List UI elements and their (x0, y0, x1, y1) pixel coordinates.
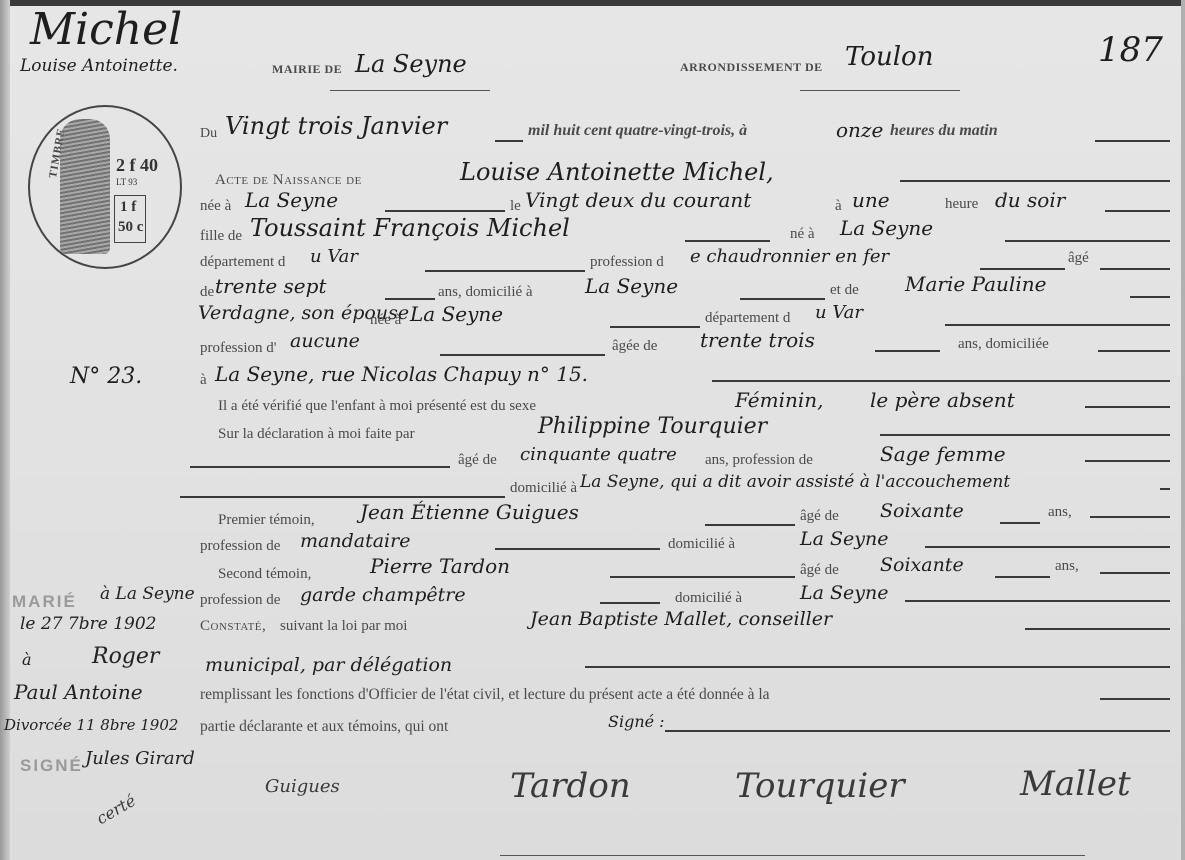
line11-label: Sur la déclaration à moi faite par (218, 426, 415, 443)
line12-fill2 (1085, 460, 1170, 462)
birth-certificate-page: Michel Louise Antoinette. MAIRIE DE La S… (0, 0, 1185, 860)
line7-fill2 (945, 324, 1170, 326)
record-number: N° 23. (70, 364, 142, 389)
line18-label2: suivant la loi par moi (280, 618, 407, 635)
line21-text: partie déclarante et aux témoins, qui on… (200, 718, 448, 736)
signature-tourquier: Tourquier (735, 766, 905, 806)
line15-fill2 (925, 546, 1170, 548)
line9-fill (712, 380, 1170, 382)
line6-fill2 (740, 298, 825, 300)
line16-label1: Second témoin, (218, 566, 311, 583)
line4-father-birthplace: La Seyne (840, 216, 933, 240)
signature-guigues: Guigues (265, 776, 340, 797)
line16-label2: âgé de (800, 562, 839, 579)
stamp-value-bottom-1: 1 f (120, 199, 136, 216)
line14-label1: Premier témoin, (218, 512, 315, 529)
line6-label3: et de (830, 282, 859, 299)
line10-label: Il a été vérifié que l'enfant à moi prés… (218, 398, 536, 415)
line13-label: domicilié à (510, 480, 577, 497)
line15-residence: La Seyne (800, 528, 888, 550)
line4-father: Toussaint François Michel (250, 214, 570, 242)
line8-label1: profession d' (200, 340, 276, 357)
marie-place: à La Seyne (100, 584, 195, 604)
mairie-value: La Seyne (355, 50, 467, 78)
margin-signature: Jules Girard (85, 748, 195, 769)
line4-fill2 (1005, 240, 1170, 242)
line16-fill2 (995, 576, 1050, 578)
line20-text: remplissant les fonctions d'Officier de … (200, 686, 770, 704)
bottom-rule (500, 855, 1085, 856)
line8-label3: ans, domiciliée (958, 336, 1049, 353)
line5-label2: profession d (590, 254, 664, 271)
line2-label: Acte de Naissance de (215, 172, 362, 189)
line14-age: Soixante (880, 500, 964, 522)
line14-fill1 (705, 524, 795, 526)
line8-fill2 (875, 350, 940, 352)
line10-sex: Féminin, (735, 388, 824, 412)
line1-date: Vingt trois Janvier (225, 112, 447, 140)
spouse-surname: Roger (92, 644, 159, 669)
line1-year: mil huit cent quatre-vingt-trois, à (528, 122, 747, 140)
line16-label3: ans, (1055, 558, 1079, 575)
stamp-value-top: 2 f 40 (116, 155, 158, 176)
line12-label1: âgé de (458, 452, 497, 469)
line13-fill1 (180, 496, 505, 498)
line6-fill3 (1130, 296, 1170, 298)
line18-label1: Constaté, (200, 618, 266, 635)
line3-fill1 (385, 210, 505, 212)
line11-fill (880, 434, 1170, 436)
line8-fill1 (440, 354, 605, 356)
line14-fill3 (1090, 516, 1170, 518)
line10-note: le père absent (870, 388, 1015, 412)
arrondissement-value: Toulon (845, 42, 933, 72)
line16-age: Soixante (880, 554, 964, 576)
line14-fill2 (1000, 522, 1040, 524)
line7-label2: département d (705, 310, 790, 327)
line5-label1: département d (200, 254, 285, 271)
line11-declarant: Philippine Tourquier (538, 414, 767, 439)
line8-profession: aucune (290, 330, 360, 352)
line17-profession: garde champêtre (300, 584, 466, 606)
line3-fill2 (1105, 210, 1170, 212)
line16-fill1 (610, 576, 795, 578)
line4-fill1 (685, 240, 770, 242)
line1-prefix: Du (200, 126, 217, 142)
line3-day: Vingt deux du courant (525, 188, 751, 212)
spouse-given-names: Paul Antoine (14, 680, 143, 704)
line13-fill2 (1160, 488, 1170, 490)
margin-initials: certé (93, 791, 139, 828)
line21-signed: Signé : (608, 712, 665, 731)
line5-dept: u Var (310, 246, 358, 267)
line7-mother-birthplace: La Seyne (410, 302, 503, 326)
line18-fill (1025, 628, 1170, 630)
marie-date: le 27 7bre 1902 (20, 614, 157, 634)
line5-fill1 (425, 270, 585, 272)
line3-period: du soir (995, 188, 1065, 212)
line6-age: trente sept (215, 274, 326, 298)
line19-value: municipal, par délégation (205, 654, 452, 676)
line17-fill1 (600, 602, 660, 604)
line7-label1: née à (370, 312, 401, 329)
scan-right-edge (1181, 0, 1185, 860)
line14-witness1: Jean Étienne Guigues (360, 500, 579, 524)
line8-label2: âgée de (612, 338, 657, 355)
line21-fill (665, 730, 1170, 732)
line14-label3: ans, (1048, 504, 1072, 521)
line18-officer: Jean Baptiste Mallet, conseiller (530, 608, 832, 630)
line5-label3: âgé (1068, 250, 1089, 267)
folio-number: 187 (1098, 30, 1163, 70)
stamp-value-top-sub: LT 93 (116, 177, 137, 187)
surname-heading: Michel (30, 4, 182, 55)
mairie-label: MAIRIE DE (272, 62, 342, 77)
line19-fill (585, 666, 1170, 668)
line3-label3: à (835, 198, 842, 215)
line15-label1: profession de (200, 538, 280, 555)
line2-value: Louise Antoinette Michel, (460, 158, 774, 186)
line6-mother: Marie Pauline (905, 272, 1046, 296)
line13-value: La Seyne, qui a dit avoir assisté à l'ac… (580, 472, 1010, 492)
line5-fill2 (980, 268, 1065, 270)
line5-profession: e chaudronnier en fer (690, 246, 889, 267)
line6-label2: ans, domicilié à (438, 284, 533, 301)
line5-fill3 (1100, 268, 1170, 270)
line12-label2: ans, profession de (705, 452, 813, 469)
line6-label1: de (200, 284, 214, 301)
line3-label2: le (510, 198, 521, 215)
divorce-note: Divorcée 11 8bre 1902 (4, 716, 178, 734)
line20-fill (1100, 698, 1170, 700)
line1-hour-suffix: heures du matin (890, 122, 998, 140)
line6-residence: La Seyne (585, 274, 678, 298)
signe-stamp: SIGNÉ (20, 756, 83, 776)
line2-fill (900, 180, 1170, 182)
line17-residence: La Seyne (800, 582, 888, 604)
line6-fill1 (385, 298, 435, 300)
line14-label2: âgé de (800, 508, 839, 525)
fiscal-stamp: TIMBRE 2 f 40 LT 93 1 f 50 c (28, 105, 182, 269)
line1-fill (495, 140, 523, 142)
line8-age: trente trois (700, 328, 815, 352)
line8-fill3 (1098, 350, 1170, 352)
line12-profession: Sage femme (880, 442, 1006, 466)
line12-age: cinquante quatre (520, 444, 677, 465)
line3-label1: née à (200, 198, 231, 215)
line4-label1: fille de (200, 228, 242, 245)
signature-tardon: Tardon (510, 766, 631, 806)
signature-mallet: Mallet (1020, 764, 1131, 804)
given-names-heading: Louise Antoinette. (20, 56, 178, 76)
line1-fill-end (1095, 140, 1170, 142)
justice-figure-icon (60, 119, 110, 254)
line17-fill2 (905, 600, 1170, 602)
line3-hour: une (852, 188, 890, 212)
line3-place: La Seyne (245, 188, 338, 212)
stamp-value-bottom-2: 50 c (118, 219, 143, 236)
marie-stamp: MARIÉ (12, 592, 77, 612)
line17-label2: domicilié à (675, 590, 742, 607)
line15-fill1 (495, 548, 660, 550)
line9-label1: à (200, 372, 207, 389)
line7-fill1 (610, 326, 700, 328)
arrondissement-label: ARRONDISSEMENT DE (680, 60, 823, 75)
line16-witness2: Pierre Tardon (370, 554, 510, 578)
line4-label2: né à (790, 226, 815, 243)
line1-hour: onze (836, 118, 883, 142)
header-underline-right (800, 90, 960, 91)
line15-label2: domicilié à (668, 536, 735, 553)
line15-profession: mandataire (300, 530, 410, 552)
line17-label1: profession de (200, 592, 280, 609)
line7-dept: u Var (815, 302, 863, 323)
line16-fill3 (1100, 572, 1170, 574)
header-underline-left (330, 90, 490, 91)
line12-fill1 (190, 466, 450, 468)
line10-fill (1085, 406, 1170, 408)
line9-address: La Seyne, rue Nicolas Chapuy n° 15. (215, 362, 588, 386)
marie-to: à (22, 650, 32, 669)
line3-label4: heure (945, 196, 978, 213)
